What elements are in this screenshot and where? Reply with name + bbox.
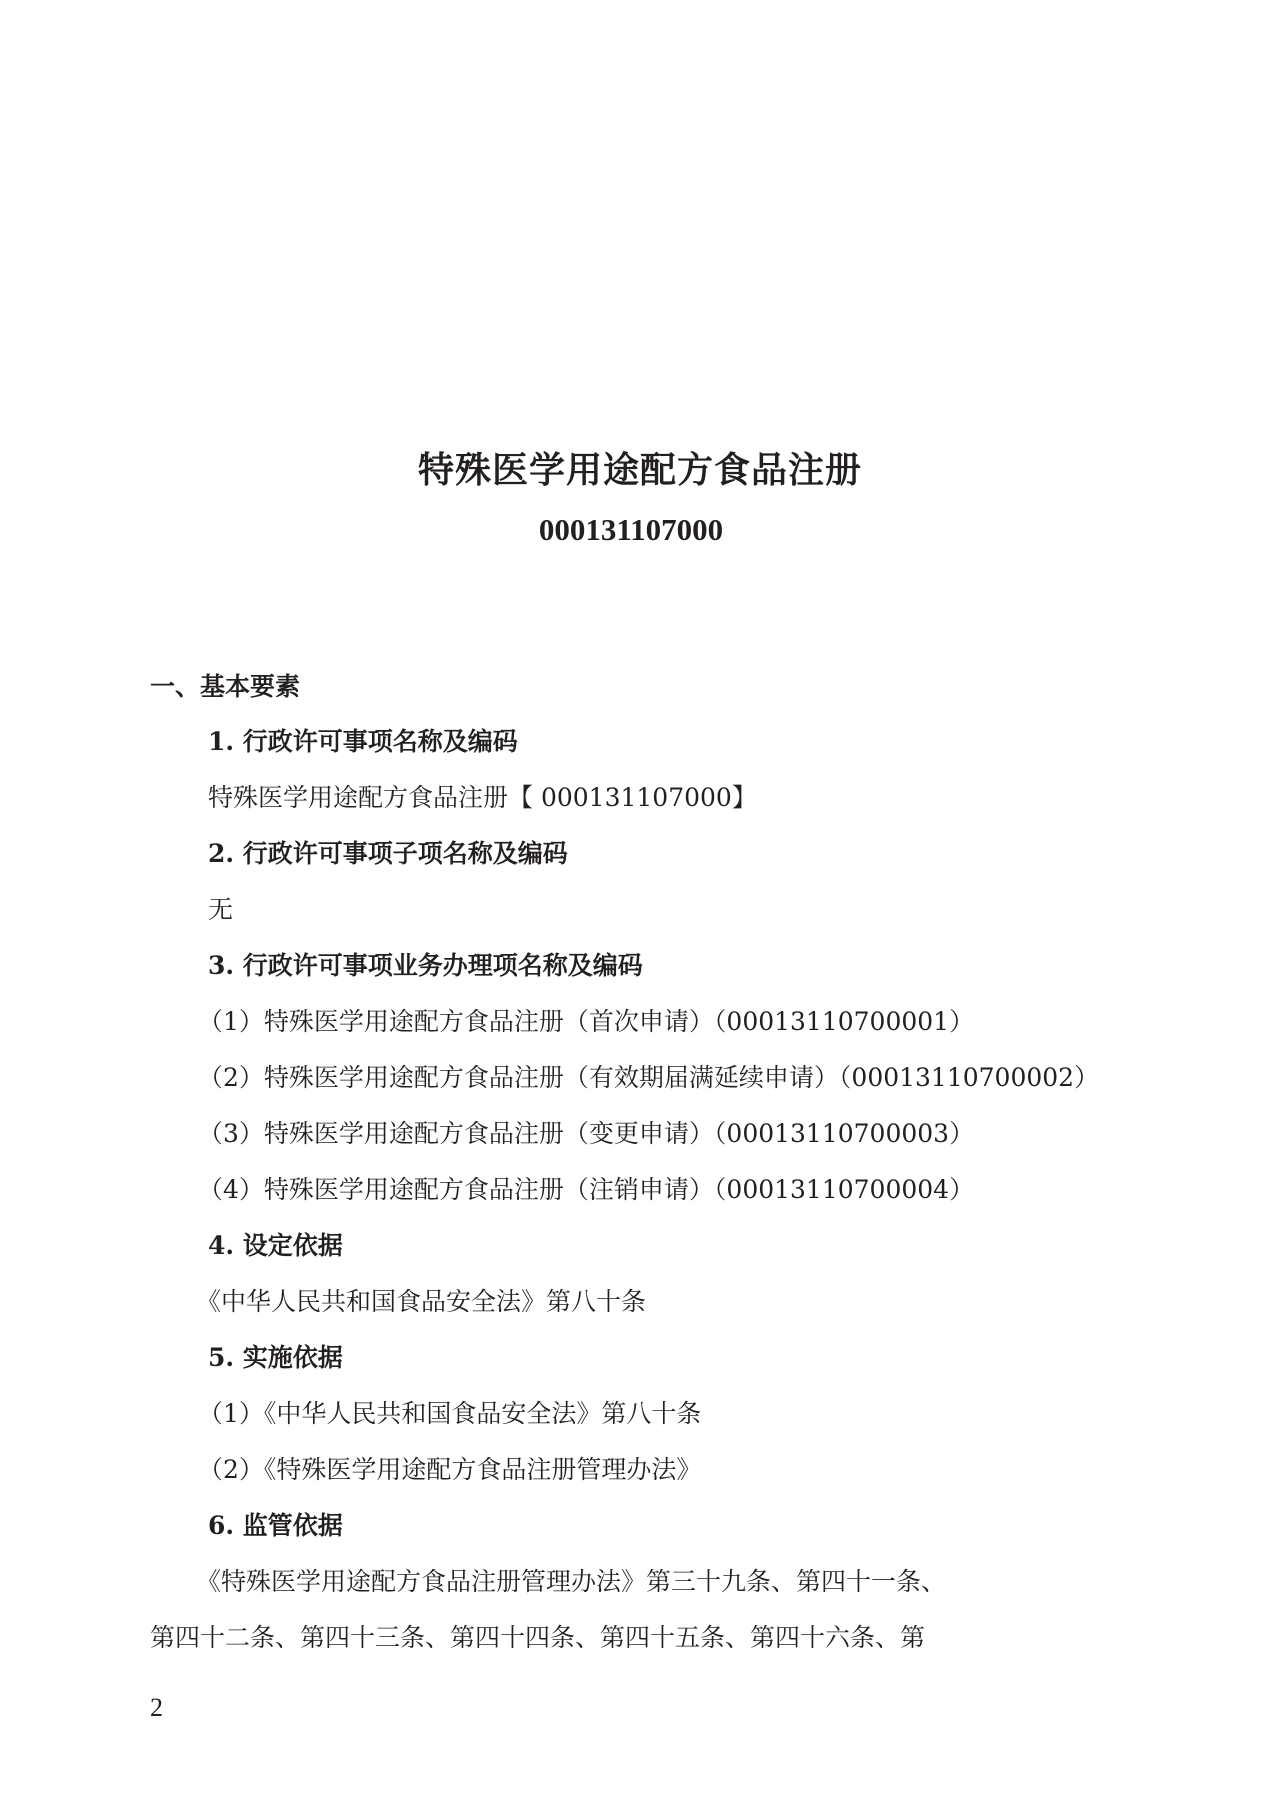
item-heading-6: 6. 监管依据 <box>208 1509 343 1543</box>
item-content-2-1: 无 <box>208 893 233 927</box>
section-heading: 一、基本要素 <box>150 670 300 704</box>
item-content-5-2: （2）《特殊医学用途配方食品注册管理办法》 <box>198 1453 701 1487</box>
item-content-6-2: 第四十二条、第四十三条、第四十四条、第四十五条、第四十六条、第 <box>150 1621 925 1655</box>
item-content-6-1: 《特殊医学用途配方食品注册管理办法》第三十九条、第四十一条、 <box>196 1565 946 1599</box>
item-heading-1: 1. 行政许可事项名称及编码 <box>208 725 518 759</box>
item-heading-2: 2. 行政许可事项子项名称及编码 <box>208 837 568 871</box>
item-content-3-2: （2）特殊医学用途配方食品注册（有效期届满延续申请）（0001311070000… <box>198 1061 1099 1095</box>
item-content-5-1: （1）《中华人民共和国食品安全法》第八十条 <box>198 1397 701 1431</box>
page-number: 2 <box>150 1693 163 1723</box>
item-content-1-1: 特殊医学用途配方食品注册【 000131107000】 <box>208 781 757 815</box>
item-content-3-3: （3）特殊医学用途配方食品注册（变更申请）（00013110700003） <box>198 1117 974 1151</box>
document-page: 特殊医学用途配方食品注册 000131107000 一、基本要素 1. 行政许可… <box>0 0 1280 1806</box>
item-heading-4: 4. 设定依据 <box>208 1229 343 1263</box>
document-title: 特殊医学用途配方食品注册 <box>0 448 1280 492</box>
item-content-3-4: （4）特殊医学用途配方食品注册（注销申请）（00013110700004） <box>198 1173 974 1207</box>
item-content-4-1: 《中华人民共和国食品安全法》第八十条 <box>196 1285 646 1319</box>
item-heading-5: 5. 实施依据 <box>208 1341 343 1375</box>
document-code: 000131107000 <box>0 512 1262 548</box>
item-heading-3: 3. 行政许可事项业务办理项名称及编码 <box>208 949 643 983</box>
item-content-3-1: （1）特殊医学用途配方食品注册（首次申请）（00013110700001） <box>198 1005 974 1039</box>
